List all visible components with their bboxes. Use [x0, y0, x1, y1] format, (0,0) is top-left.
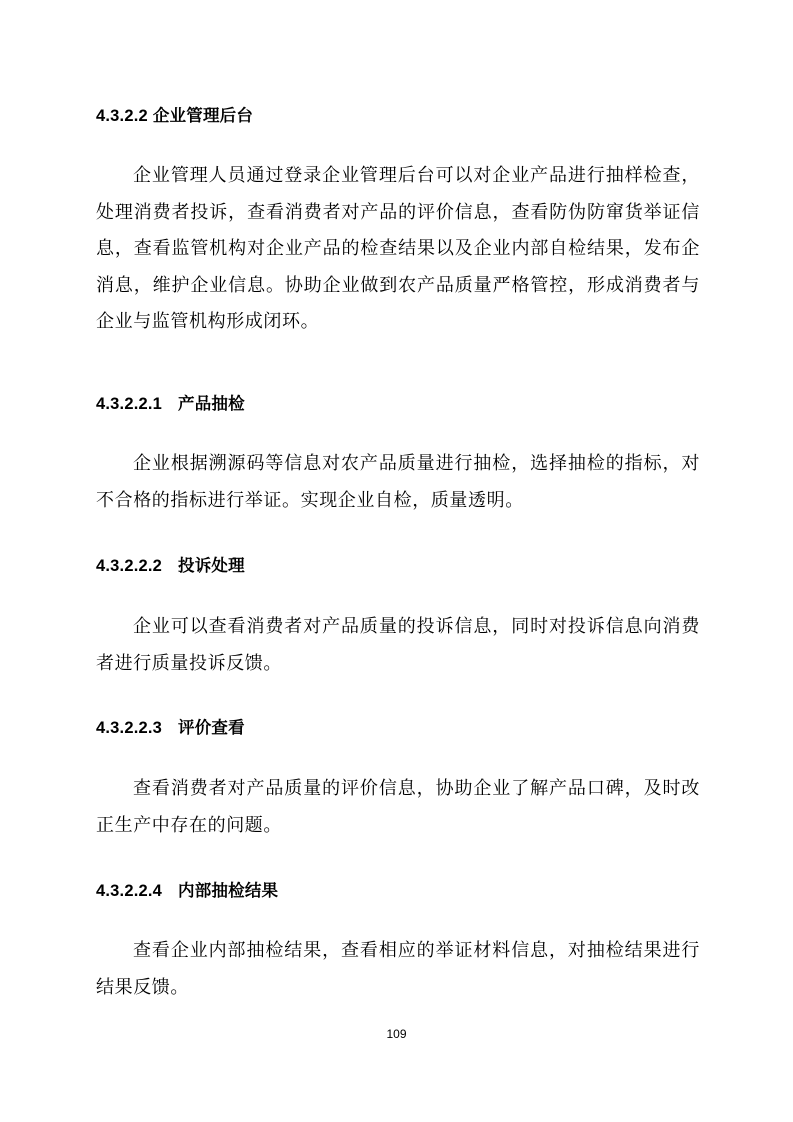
heading-title: 产品抽检: [178, 395, 245, 413]
section-heading-4-3-2-2-4: 4.3.2.2.4内部抽检结果: [96, 881, 278, 901]
page-number: 109: [0, 1027, 793, 1041]
section-paragraph: 企业可以查看消费者对产品质量的投诉信息，同时对投诉信息向消费者进行质量投诉反馈。: [96, 609, 700, 682]
heading-title: 评价查看: [178, 719, 245, 737]
section-paragraph: 企业管理人员通过登录企业管理后台可以对企业产品进行抽样检查，处理消费者投诉，查看…: [96, 158, 700, 341]
heading-number: 4.3.2.2.2: [96, 556, 162, 576]
section-heading-4-3-2-2: 4.3.2.2企业管理后台: [96, 106, 253, 126]
section-heading-4-3-2-2-1: 4.3.2.2.1产品抽检: [96, 394, 245, 414]
heading-title: 投诉处理: [178, 557, 245, 575]
heading-title: 内部抽检结果: [178, 882, 278, 900]
section-paragraph: 查看消费者对产品质量的评价信息，协助企业了解产品口碑，及时改正生产中存在的问题。: [96, 771, 700, 844]
section-heading-4-3-2-2-3: 4.3.2.2.3评价查看: [96, 718, 245, 738]
section-heading-4-3-2-2-2: 4.3.2.2.2投诉处理: [96, 556, 245, 576]
heading-number: 4.3.2.2: [96, 106, 148, 126]
section-paragraph: 查看企业内部抽检结果，查看相应的举证材料信息，对抽检结果进行结果反馈。: [96, 933, 700, 1006]
heading-number: 4.3.2.2.1: [96, 394, 162, 414]
heading-number: 4.3.2.2.3: [96, 718, 162, 738]
section-paragraph: 企业根据溯源码等信息对农产品质量进行抽检，选择抽检的指标，对不合格的指标进行举证…: [96, 446, 700, 519]
heading-title: 企业管理后台: [153, 107, 253, 125]
heading-number: 4.3.2.2.4: [96, 881, 162, 901]
